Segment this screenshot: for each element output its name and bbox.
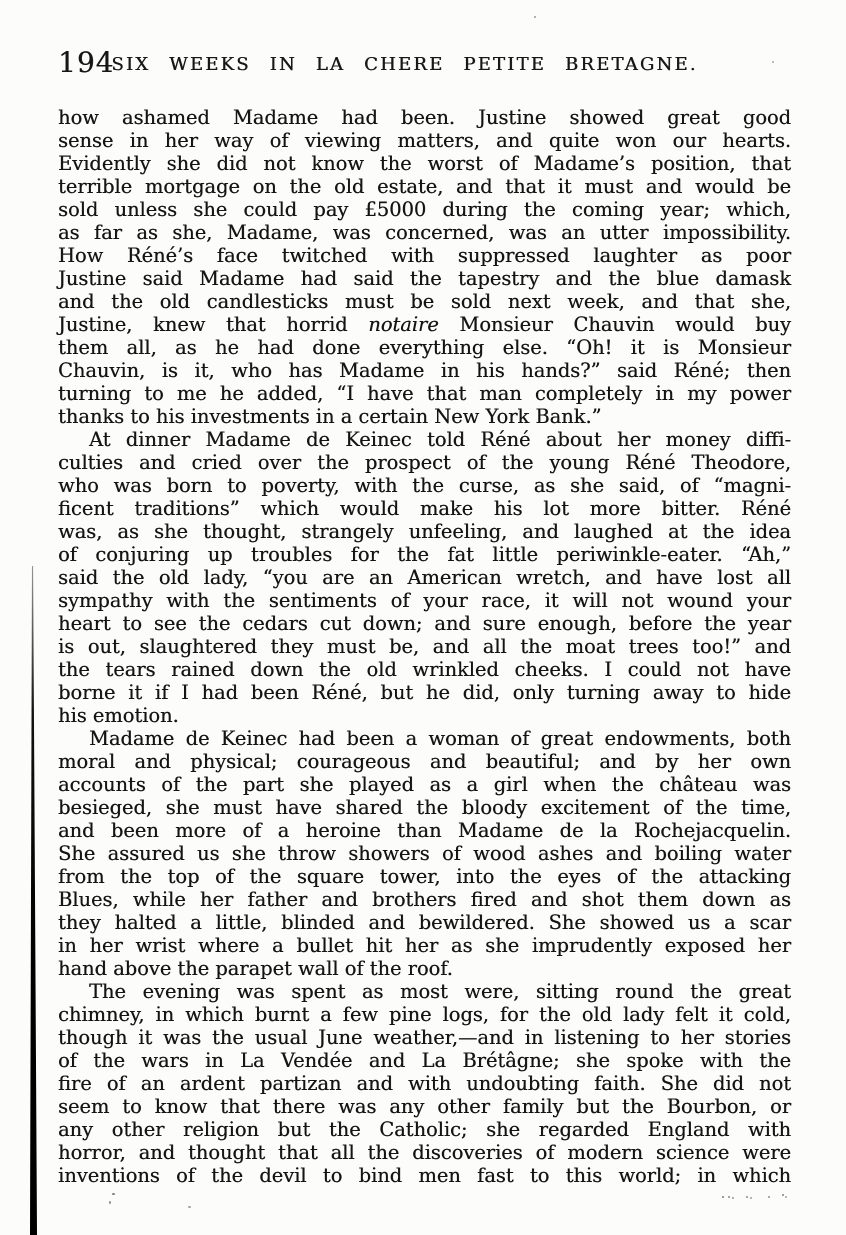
text-line: fire of an ardent partizan and with undo…: [58, 1072, 791, 1095]
scan-speckle: [112, 1193, 115, 1195]
text-line: and been more of a heroine than Madame d…: [58, 819, 791, 842]
text-line: borne it if I had been Réné, but he did,…: [58, 681, 791, 704]
text-line: Blues, while her father and brothers fir…: [58, 888, 791, 911]
text-line: how ashamed Madame had been. Justine sho…: [58, 106, 791, 129]
text-line: sympathy with the sentiments of your rac…: [58, 589, 791, 612]
running-title: SIX WEEKS IN LA CHERE PETITE BRETAGNE.: [38, 54, 771, 76]
text-line: of the wars in La Vendée and La Brétâgne…: [58, 1049, 791, 1072]
text-line: in her wrist where a bullet hit her as s…: [58, 934, 791, 957]
text-line: sense in her way of viewing matters, and…: [58, 129, 791, 152]
text-line: said the old lady, “you are an American …: [58, 566, 791, 589]
text-line: Justine said Madame had said the tapestr…: [58, 267, 791, 290]
scan-speckle: [109, 1201, 111, 1204]
text-line: seem to know that there was any other fa…: [58, 1095, 791, 1118]
paragraph: how ashamed Madame had been. Justine sho…: [58, 106, 791, 428]
text-line: them all, as he had done everything else…: [58, 336, 791, 359]
text-line: they halted a little, blinded and bewild…: [58, 911, 791, 934]
body-text: how ashamed Madame had been. Justine sho…: [58, 106, 791, 1187]
text-line: Justine, knew that horrid notaire Monsie…: [58, 313, 791, 336]
text-line: and the old candlesticks must be sold ne…: [58, 290, 791, 313]
text-line: accounts of the part she played as a gir…: [58, 773, 791, 796]
scan-speckle: [188, 1206, 191, 1208]
scan-speckle: [534, 16, 536, 18]
text-line: At dinner Madame de Keinec told Réné abo…: [58, 428, 791, 451]
text-line: How Réné’s face twitched with suppressed…: [58, 244, 791, 267]
text-line: hand above the parapet wall of the roof.: [58, 957, 791, 980]
text-line: She assured us she throw showers of wood…: [58, 842, 791, 865]
text-line: Evidently she did not know the worst of …: [58, 152, 791, 175]
text-line: horror, and thought that all the discove…: [58, 1141, 791, 1164]
text-line: the tears rained down the old wrinkled c…: [58, 658, 791, 681]
text-line: heart to see the cedars cut down; and su…: [58, 612, 791, 635]
text-line: ficent traditions” which would make his …: [58, 497, 791, 520]
text-line: any other religion but the Catholic; she…: [58, 1118, 791, 1141]
text-line: of conjuring up troubles for the fat lit…: [58, 543, 791, 566]
text-line: as far as she, Madame, was concerned, wa…: [58, 221, 791, 244]
text-line: is out, slaughtered they must be, and al…: [58, 635, 791, 658]
text-line: sold unless she could pay £5000 during t…: [58, 198, 791, 221]
text-line: The evening was spent as most were, sitt…: [58, 980, 791, 1003]
text-line: Madame de Keinec had been a woman of gre…: [58, 727, 791, 750]
paragraph: At dinner Madame de Keinec told Réné abo…: [58, 428, 791, 727]
text-line: besieged, she must have shared the blood…: [58, 796, 791, 819]
text-line: culties and cried over the prospect of t…: [58, 451, 791, 474]
paragraph: Madame de Keinec had been a woman of gre…: [58, 727, 791, 980]
scan-speckle: [772, 61, 774, 63]
text-line: though it was the usual June weather,—an…: [58, 1026, 791, 1049]
text-line: chimney, in which burnt a few pine logs,…: [58, 1003, 791, 1026]
text-line: from the top of the square tower, into t…: [58, 865, 791, 888]
text-line: thanks to his investments in a certain N…: [58, 405, 791, 428]
text-line: his emotion.: [58, 704, 791, 727]
paragraph: The evening was spent as most were, sitt…: [58, 980, 791, 1187]
book-page: 194 SIX WEEKS IN LA CHERE PETITE BRETAGN…: [0, 0, 846, 1235]
text-line: Chauvin, is it, who has Madame in his ha…: [58, 359, 791, 382]
page-header: 194 SIX WEEKS IN LA CHERE PETITE BRETAGN…: [58, 48, 791, 82]
text-line: who was born to poverty, with the curse,…: [58, 474, 791, 497]
text-line: inventions of the devil to bind men fast…: [58, 1164, 791, 1187]
text-line: was, as she thought, strangely unfeeling…: [58, 520, 791, 543]
text-line: turning to me he added, “I have that man…: [58, 382, 791, 405]
scan-gutter-line: [30, 566, 37, 1235]
scan-noise-row: [722, 1196, 724, 1198]
text-line: moral and physical; courageous and beaut…: [58, 750, 791, 773]
text-line: terrible mortgage on the old estate, and…: [58, 175, 791, 198]
